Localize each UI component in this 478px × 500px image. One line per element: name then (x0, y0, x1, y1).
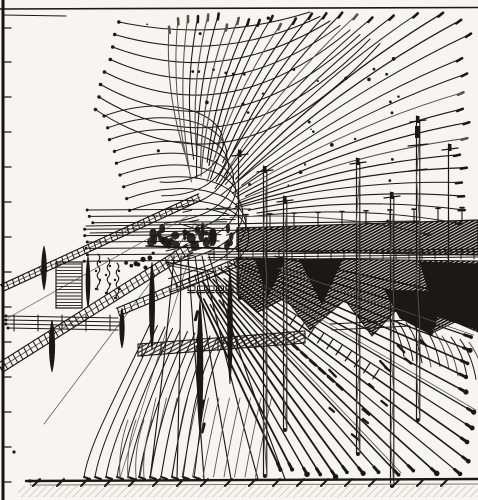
sketchbook-page (0, 0, 478, 500)
paper-hatch-strip (18, 486, 478, 497)
ink-sketch (0, 0, 478, 500)
